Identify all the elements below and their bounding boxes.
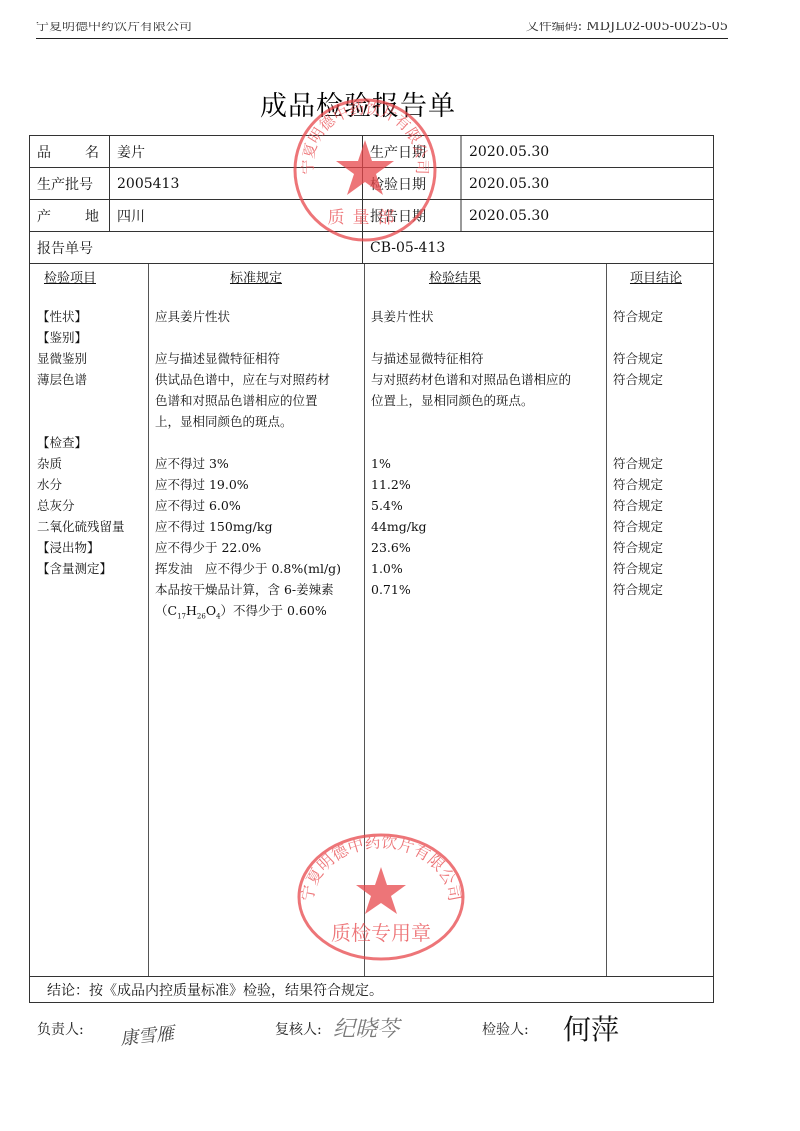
cell-item: 显微鉴别: [37, 349, 87, 369]
inspection-date-label: 检验日期: [362, 168, 460, 199]
cell-result: 0.71%: [371, 580, 411, 600]
cell-result: 23.6%: [371, 538, 411, 558]
reviewer-label: 复核人:: [275, 1019, 322, 1039]
row-batch: 生产批号 2005413 检验日期 2020.05.30: [30, 168, 713, 200]
cell-standard: 供试品色谱中，应在与对照药材: [155, 370, 330, 390]
cell-standard: 上，显相同颜色的斑点。: [155, 412, 293, 432]
cell-standard: 应与描述显微特征相符: [155, 349, 280, 369]
cell-conclusion: 符合规定: [613, 475, 663, 495]
cell-standard: 色谱和对照品色谱相应的位置: [155, 391, 318, 411]
product-name-label: 品名: [30, 136, 109, 167]
cell-item: 薄层色谱: [37, 370, 87, 390]
cell-conclusion: 符合规定: [613, 580, 663, 600]
cell-item: 【检查】: [37, 433, 87, 453]
cell-result: 与对照药材色谱和对照品色谱相应的: [371, 370, 571, 390]
cell-standard: 应不得过 150mg/kg: [155, 517, 272, 537]
cell-item: 杂质: [37, 454, 62, 474]
overall-conclusion: 结论：按《成品内控质量标准》检验，结果符合规定。: [30, 976, 713, 1002]
cell-standard: 挥发油 应不得少于 0.8%(ml/g): [155, 559, 341, 579]
cell-result: 44mg/kg: [371, 517, 427, 537]
cell-item: 水分: [37, 475, 62, 495]
origin-value: 四川: [109, 200, 362, 231]
cell-standard: 应不得过 3%: [155, 454, 229, 474]
responsible-signature: 康雪雁: [119, 1019, 175, 1051]
document-title: 成品检验报告单: [0, 84, 716, 123]
row-report-no: 报告单号 CB-05-413: [30, 232, 713, 264]
production-date-label: 生产日期: [362, 136, 460, 167]
cell-conclusion: 符合规定: [613, 559, 663, 579]
cell-conclusion: 符合规定: [613, 454, 663, 474]
cell-standard: 应不得过 6.0%: [155, 496, 241, 516]
cell-item: 二氧化硫残留量: [37, 517, 125, 537]
inspector-signature: 何萍: [563, 1008, 619, 1048]
cell-conclusion: 符合规定: [613, 370, 663, 390]
header-standards: 标准规定: [148, 264, 364, 288]
signature-row: 负责人: 康雪雁 复核人: 纪晓芩 检验人: 何萍: [0, 1012, 800, 1062]
production-date-value: 2020.05.30: [460, 136, 713, 167]
cell-conclusion: 符合规定: [613, 496, 663, 516]
cell-result: 5.4%: [371, 496, 403, 516]
cell-item: 【性状】: [37, 307, 87, 327]
inspection-report-form: 品名 姜片 生产日期 2020.05.30 生产批号 2005413 检验日期 …: [29, 135, 714, 1003]
cell-conclusion: 符合规定: [613, 517, 663, 537]
report-no-label: 报告单号: [30, 232, 362, 263]
header-conclusions: 项目结论: [606, 264, 706, 288]
reviewer-signature: 纪晓芩: [333, 1012, 399, 1043]
product-name-value: 姜片: [109, 136, 362, 167]
document-code: 文件编码: MDJL02-005-0025-05: [526, 22, 728, 34]
inspection-date-value: 2020.05.30: [460, 168, 713, 199]
row-origin: 产地 四川 报告日期 2020.05.30: [30, 200, 713, 232]
cell-conclusion: 符合规定: [613, 349, 663, 369]
report-date-value: 2020.05.30: [460, 200, 713, 231]
cell-conclusion: 符合规定: [613, 538, 663, 558]
cell-item: 【浸出物】: [37, 538, 100, 558]
cell-standard: （C17H26O4）不得少于 0.60%: [155, 601, 327, 627]
cell-conclusion: 符合规定: [613, 307, 663, 327]
cell-standard: 本品按干燥品计算，含 6-姜辣素: [155, 580, 334, 600]
cell-item: 【鉴别】: [37, 328, 87, 348]
header-items: 检验项目: [30, 264, 110, 288]
batch-label: 生产批号: [30, 168, 109, 199]
cell-standard: 应不得过 19.0%: [155, 475, 249, 495]
batch-value: 2005413: [109, 168, 362, 199]
cell-result: 1%: [371, 454, 391, 474]
inspector-label: 检验人:: [482, 1019, 529, 1039]
cell-standard: 应具姜片性状: [155, 307, 230, 327]
cell-item: 总灰分: [37, 496, 75, 516]
row-product-name: 品名 姜片 生产日期 2020.05.30: [30, 136, 713, 168]
page-header: 宁夏明德中药饮片有限公司 文件编码: MDJL02-005-0025-05: [36, 22, 728, 39]
company-name: 宁夏明德中药饮片有限公司: [36, 22, 192, 34]
cell-item: 【含量测定】: [37, 559, 112, 579]
responsible-label: 负责人:: [37, 1019, 84, 1039]
report-date-label: 报告日期: [362, 200, 460, 231]
cell-result: 位置上，显相同颜色的斑点。: [371, 391, 534, 411]
cell-result: 具姜片性状: [371, 307, 434, 327]
cell-result: 与描述显微特征相符: [371, 349, 484, 369]
cell-result: 11.2%: [371, 475, 411, 495]
report-no-value: CB-05-413: [362, 232, 713, 263]
results-table: 检验项目 标准规定 检验结果 项目结论 【性状】应具姜片性状具姜片性状符合规定【…: [30, 264, 713, 977]
header-results: 检验结果: [364, 264, 546, 288]
cell-result: 1.0%: [371, 559, 403, 579]
origin-label: 产地: [30, 200, 109, 231]
cell-standard: 应不得少于 22.0%: [155, 538, 261, 558]
